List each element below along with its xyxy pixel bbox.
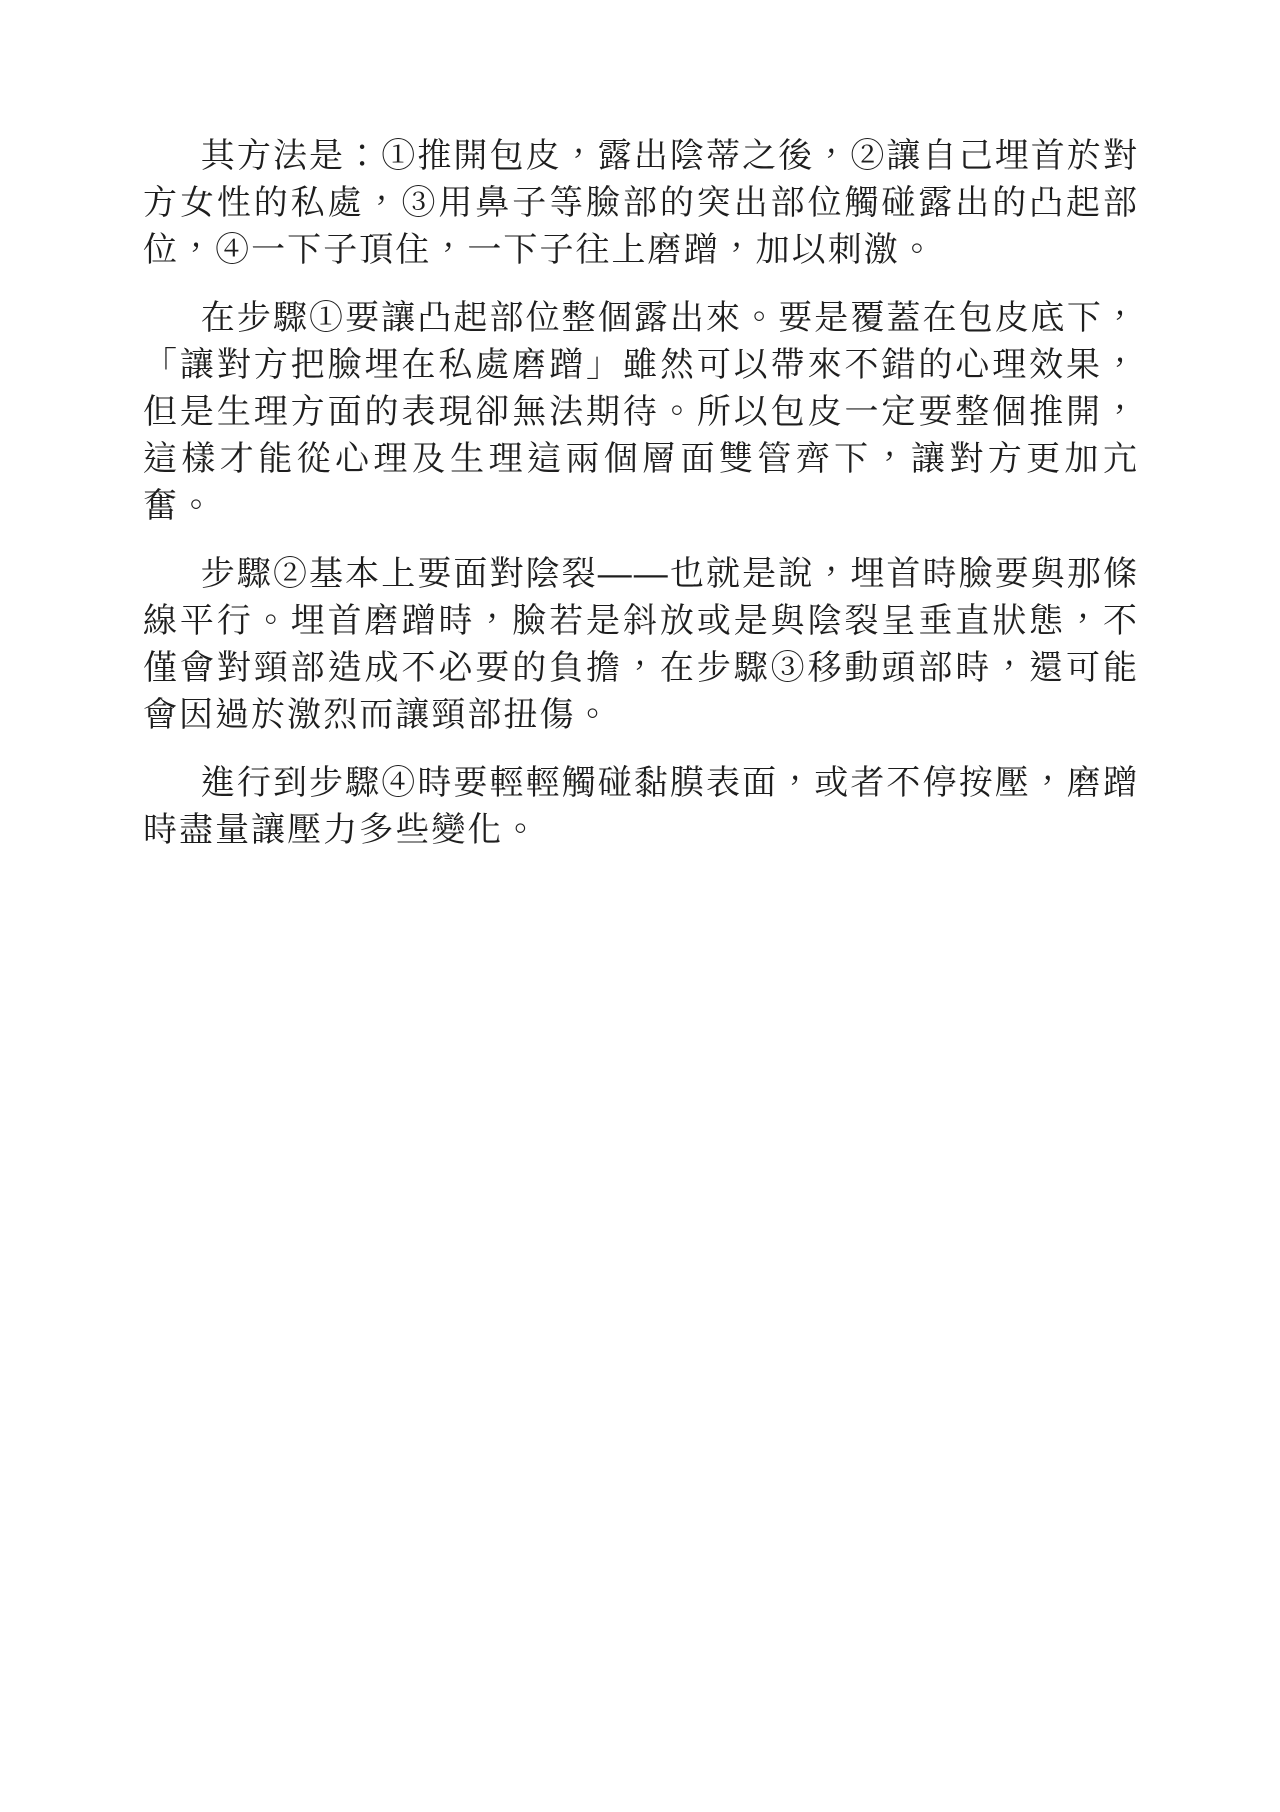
paragraph-step2-step3-detail: 步驟②基本上要面對陰裂——也就是說，埋首時臉要與那條線平行。埋首磨蹭時，臉若是斜… — [143, 551, 1139, 739]
document-page: 其方法是：①推開包皮，露出陰蒂之後，②讓自己埋首於對方女性的私處，③用鼻子等臉部… — [0, 0, 1280, 1812]
paragraph-method-steps: 其方法是：①推開包皮，露出陰蒂之後，②讓自己埋首於對方女性的私處，③用鼻子等臉部… — [143, 133, 1139, 274]
paragraph-step4-detail: 進行到步驟④時要輕輕觸碰黏膜表面，或者不停按壓，磨蹭時盡量讓壓力多些變化。 — [143, 760, 1139, 854]
paragraph-step1-detail: 在步驟①要讓凸起部位整個露出來。要是覆蓋在包皮底下，「讓對方把臉埋在私處磨蹭」雖… — [143, 295, 1139, 530]
